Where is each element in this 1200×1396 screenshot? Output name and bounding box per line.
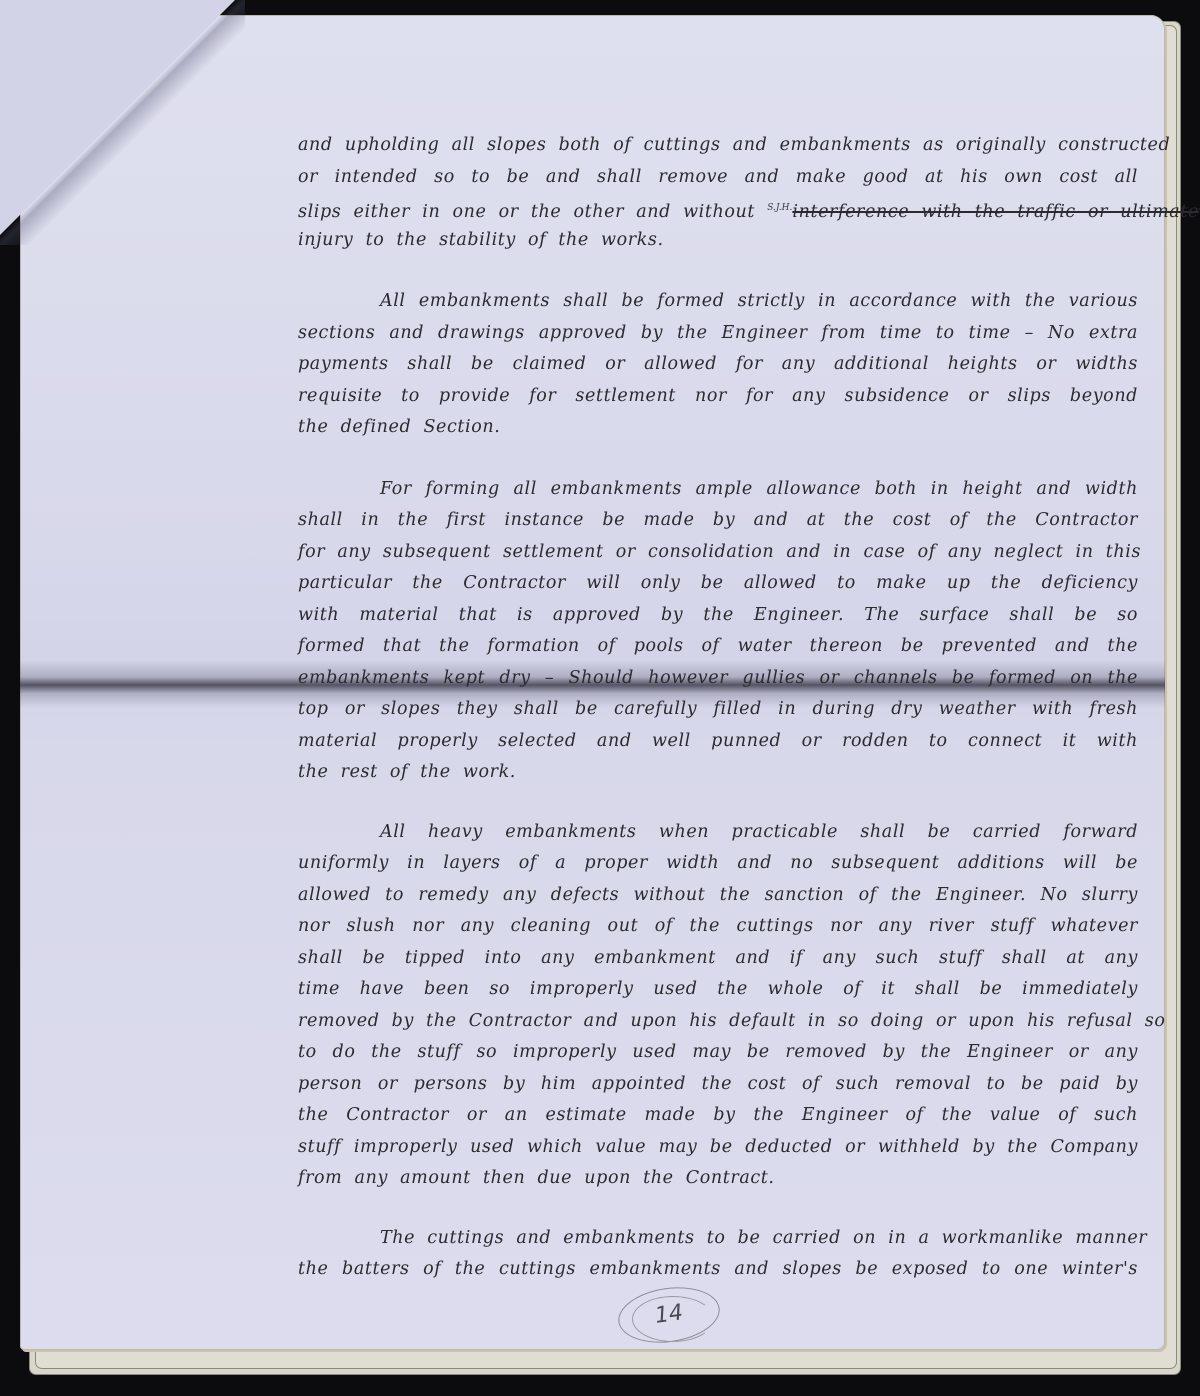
text-line: shall be tipped into any embankment and … [298,943,1138,975]
text-line: embankments kept dry – Should however gu… [298,663,1138,695]
text-line: the defined Section. [298,412,1138,444]
text-line: sections and drawings approved by the En… [298,318,1138,350]
paragraph-1: and upholding all slopes both of cutting… [298,130,1138,256]
text-line: slips either in one or the other and wit… [298,193,1138,225]
paragraph-4: All heavy embankments when practicable s… [298,817,1138,1195]
text-line: removed by the Contractor and upon his d… [298,1006,1138,1038]
text-line: All embankments shall be formed strictly… [298,286,1138,318]
text-line: person or persons by him appointed the c… [298,1069,1138,1101]
text-line: formed that the formation of pools of wa… [298,631,1138,663]
text-line: from any amount then due upon the Contra… [298,1163,1138,1195]
text-line: stuff improperly used which value may be… [298,1132,1138,1164]
paragraph-3: For forming all embankments ample allowa… [298,474,1138,789]
text-line: material properly selected and well punn… [298,726,1138,758]
text-line: particular the Contractor will only be a… [298,568,1138,600]
text-line: uniformly in layers of a proper width an… [298,848,1138,880]
text-line: and upholding all slopes both of cutting… [298,130,1138,162]
manuscript-text: and upholding all slopes both of cutting… [298,130,1138,1286]
initials-annotation: S.J.H. [767,203,792,213]
paragraph-2: All embankments shall be formed strictly… [298,286,1138,444]
text-line: to do the stuff so improperly used may b… [298,1037,1138,1069]
struck-through-text: interference with the traffic or ultimat… [792,202,1199,222]
text-line: allowed to remedy any defects without th… [298,880,1138,912]
text-line: for any subsequent settlement or consoli… [298,537,1138,569]
text-line: shall in the first instance be made by a… [298,505,1138,537]
text-fragment: slips either in one or the other and wit… [298,202,755,222]
text-line: the Contractor or an estimate made by th… [298,1100,1138,1132]
text-line: injury to the stability of the works. [298,225,1138,257]
text-line: the rest of the work. [298,757,1138,789]
text-line: the batters of the cuttings embankments … [298,1254,1138,1286]
text-line: requisite to provide for settlement nor … [298,381,1138,413]
text-line: or intended so to be and shall remove an… [298,162,1138,194]
text-line: with material that is approved by the En… [298,600,1138,632]
text-line: For forming all embankments ample allowa… [298,474,1138,506]
text-line: payments shall be claimed or allowed for… [298,349,1138,381]
paragraph-5: The cuttings and embankments to be carri… [298,1223,1138,1286]
text-line: The cuttings and embankments to be carri… [298,1223,1138,1255]
text-line: All heavy embankments when practicable s… [298,817,1138,849]
text-line: time have been so improperly used the wh… [298,974,1138,1006]
text-line: nor slush nor any cleaning out of the cu… [298,911,1138,943]
text-line: top or slopes they shall be carefully fi… [298,694,1138,726]
